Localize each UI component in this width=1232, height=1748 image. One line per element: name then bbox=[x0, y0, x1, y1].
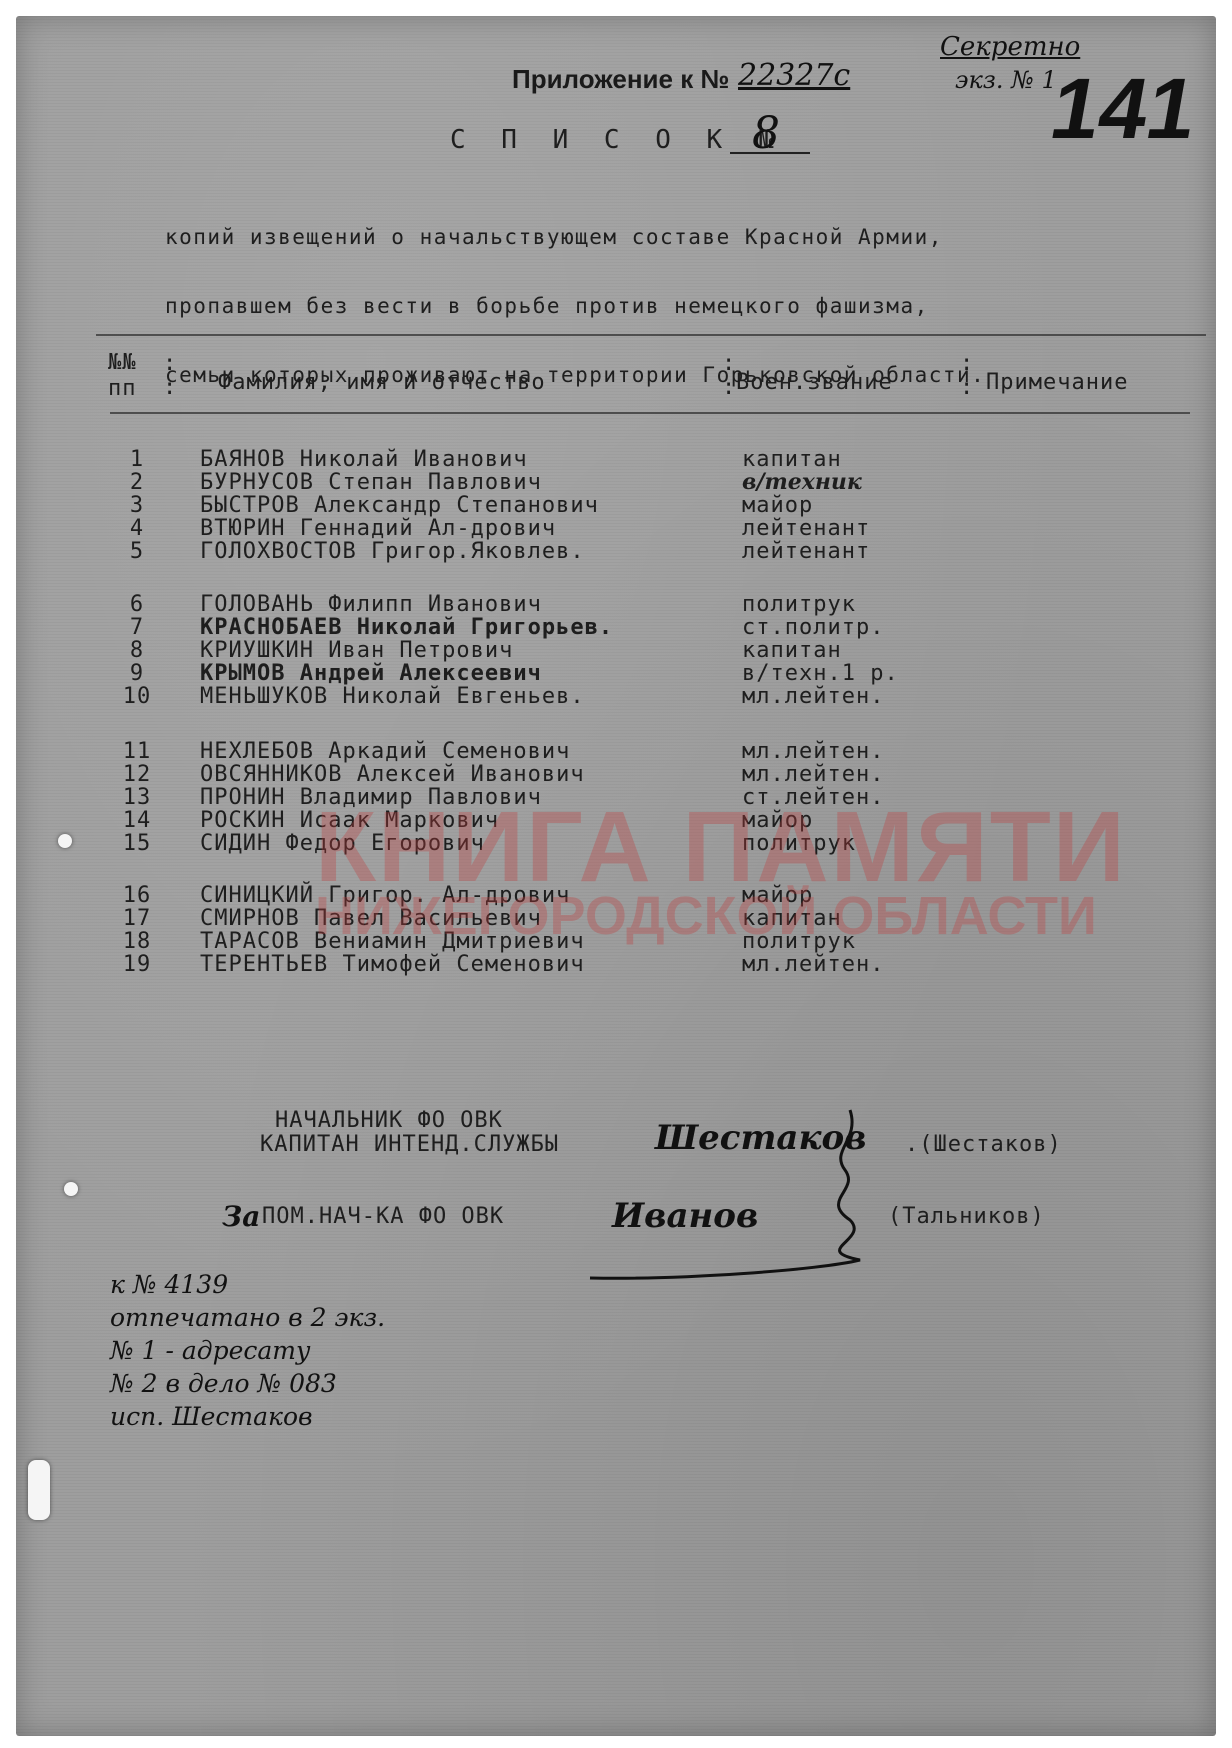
row-rank: ст.лейтен. bbox=[742, 786, 884, 809]
row-name: ТЕРЕНТЬЕВ Тимофей Семенович bbox=[200, 953, 585, 976]
row-number: 8 bbox=[112, 639, 162, 662]
row-rank: мл.лейтен. bbox=[742, 740, 884, 763]
row-rank: в/техн.1 р. bbox=[742, 662, 899, 685]
chief-name: .(Шестаков) bbox=[905, 1132, 1062, 1157]
row-name: БАЯНОВ Николай Иванович bbox=[200, 448, 528, 471]
row-rank: майор bbox=[742, 494, 813, 517]
row-number: 11 bbox=[112, 740, 162, 763]
row-rank: капитан bbox=[742, 639, 842, 662]
row-rank: политрук bbox=[742, 593, 856, 616]
row-name: ВТЮРИН Геннадий Ал-дрович bbox=[200, 517, 556, 540]
row-name: БЫСТРОВ Александр Степанович bbox=[200, 494, 599, 517]
page-number: 141 bbox=[1043, 60, 1204, 159]
row-name: СИНИЦКИЙ Григор. Ал-дрович bbox=[200, 884, 570, 907]
header-separator: :: bbox=[163, 352, 177, 400]
row-name: РОСКИН Исаак Маркович bbox=[200, 809, 499, 832]
row-name: СИДИН Федор Егорович bbox=[200, 832, 485, 855]
row-name: ОВСЯННИКОВ Алексей Иванович bbox=[200, 763, 585, 786]
row-name: МЕНЬШУКОВ Николай Евгеньев. bbox=[200, 685, 585, 708]
row-rank: ст.политр. bbox=[742, 616, 884, 639]
row-number: 16 bbox=[112, 884, 162, 907]
row-rank: мл.лейтен. bbox=[742, 763, 884, 786]
row-rank-handwritten: в/техник bbox=[742, 471, 862, 494]
assistant-name: (Тальников) bbox=[888, 1204, 1045, 1229]
table-top-rule bbox=[96, 334, 1206, 336]
row-number: 6 bbox=[112, 593, 162, 616]
note-line: № 1 - адресату bbox=[110, 1334, 385, 1367]
note-line: № 2 в дело № 083 bbox=[110, 1367, 385, 1400]
list-title: С П И С О К № bbox=[450, 125, 784, 155]
row-rank: политрук bbox=[742, 930, 856, 953]
chief-title-line2: КАПИТАН ИНТЕНД.СЛУЖБЫ bbox=[260, 1132, 559, 1157]
row-number: 2 bbox=[112, 471, 162, 494]
assistant-title: ПОМ.НАЧ-КА ФО ОВК bbox=[262, 1204, 504, 1229]
header-name: Фамилия, имя и отчество bbox=[218, 370, 546, 395]
table-header-rule bbox=[110, 412, 1190, 414]
handwritten-notes: к № 4139 отпечатано в 2 экз. № 1 - адрес… bbox=[110, 1268, 385, 1433]
row-name: КРАСНОБАЕВ Николай Григорьев. bbox=[200, 616, 613, 639]
row-rank: политрук bbox=[742, 832, 856, 855]
row-number: 14 bbox=[112, 809, 162, 832]
row-number: 12 bbox=[112, 763, 162, 786]
row-number: 9 bbox=[112, 662, 162, 685]
row-number: 4 bbox=[112, 517, 162, 540]
row-name: КРИУШКИН Иван Петрович bbox=[200, 639, 513, 662]
row-name: ГОЛОХВОСТОВ Григор.Яковлев. bbox=[200, 540, 585, 563]
row-name: ТАРАСОВ Вениамин Дмитриевич bbox=[200, 930, 585, 953]
row-number: 19 bbox=[112, 953, 162, 976]
secret-stamp: Секретно bbox=[940, 32, 1080, 62]
copy-number: экз. № 1 bbox=[955, 66, 1057, 94]
row-rank: капитан bbox=[742, 907, 842, 930]
row-rank: капитан bbox=[742, 448, 842, 471]
row-rank: мл.лейтен. bbox=[742, 685, 884, 708]
row-number: 1 bbox=[112, 448, 162, 471]
row-rank: мл.лейтен. bbox=[742, 953, 884, 976]
row-number: 18 bbox=[112, 930, 162, 953]
row-number: 3 bbox=[112, 494, 162, 517]
appendix-label: Приложение к № bbox=[512, 64, 729, 95]
list-number-underline bbox=[730, 152, 810, 154]
punch-hole bbox=[58, 834, 72, 848]
row-rank: майор bbox=[742, 884, 813, 907]
row-name: КРЫМОВ Андрей Алексеевич bbox=[200, 662, 542, 685]
intro-line: копий извещений о начальствующем составе… bbox=[165, 226, 985, 249]
row-number: 10 bbox=[112, 685, 162, 708]
row-number: 15 bbox=[112, 832, 162, 855]
header-note: Примечание bbox=[986, 370, 1128, 395]
row-name: НЕХЛЕБОВ Аркадий Семенович bbox=[200, 740, 570, 763]
row-number: 7 bbox=[112, 616, 162, 639]
appendix-number: 22327с bbox=[738, 58, 850, 93]
row-name: ПРОНИН Владимир Павлович bbox=[200, 786, 542, 809]
row-name: СМИРНОВ Павел Васильевич bbox=[200, 907, 542, 930]
row-name: ГОЛОВАНЬ Филипп Иванович bbox=[200, 593, 542, 616]
note-line: отпечатано в 2 экз. bbox=[110, 1301, 385, 1334]
punch-hole bbox=[64, 1182, 78, 1196]
note-line: исп. Шестаков bbox=[110, 1400, 385, 1433]
header-rank: Воен.звание bbox=[736, 370, 893, 395]
signature-flourish bbox=[560, 1100, 900, 1290]
intro-line: пропавшем без вести в борьбе против неме… bbox=[165, 295, 985, 318]
chief-title-line1: НАЧАЛЬНИК ФО ОВК bbox=[275, 1108, 503, 1133]
assistant-prefix: За bbox=[222, 1200, 260, 1233]
row-rank: лейтенант bbox=[742, 517, 870, 540]
header-num-top: №№ bbox=[108, 350, 137, 376]
paper-tear bbox=[28, 1460, 50, 1520]
row-number: 5 bbox=[112, 540, 162, 563]
row-rank: майор bbox=[742, 809, 813, 832]
row-number: 13 bbox=[112, 786, 162, 809]
header-num-bottom: пп bbox=[108, 376, 137, 402]
row-number: 17 bbox=[112, 907, 162, 930]
header-num: №№ пп bbox=[108, 350, 137, 402]
header-separator: :: bbox=[960, 352, 974, 400]
row-name: БУРНУСОВ Степан Павлович bbox=[200, 471, 542, 494]
note-line: к № 4139 bbox=[110, 1268, 385, 1301]
row-rank: лейтенант bbox=[742, 540, 870, 563]
header-separator: :: bbox=[722, 352, 736, 400]
